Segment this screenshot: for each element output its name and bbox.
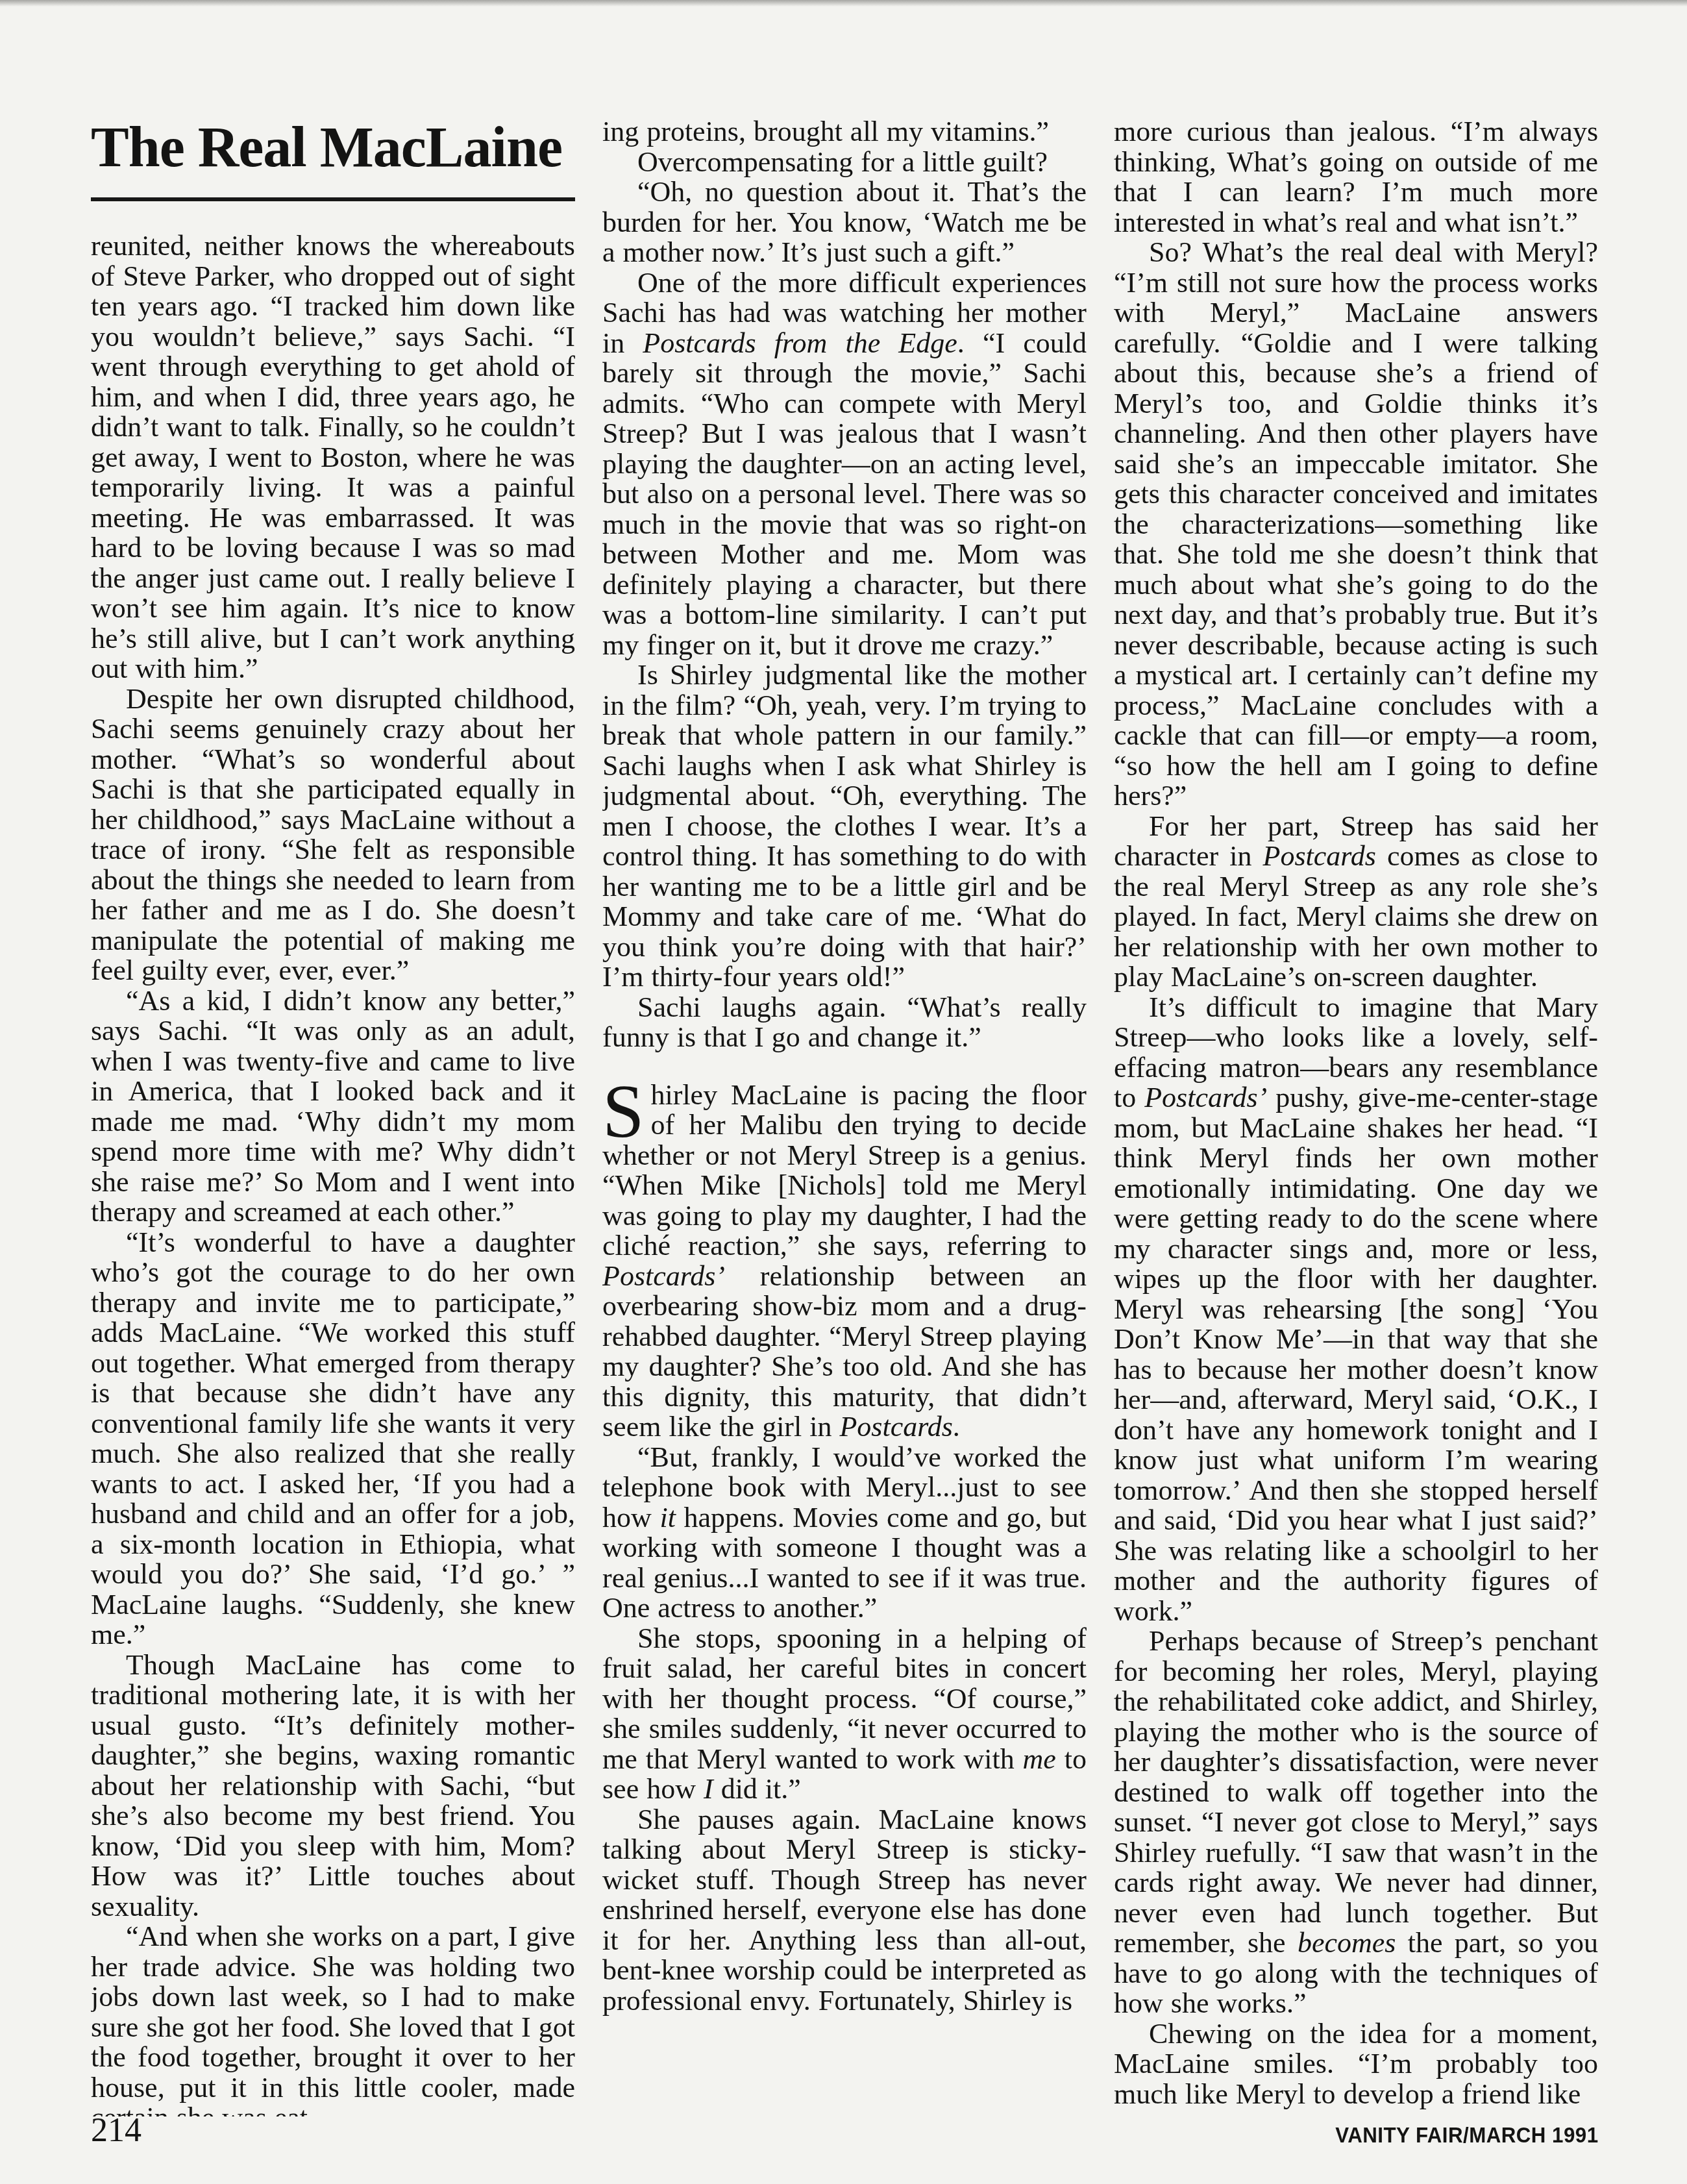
magazine-page: The Real MacLaine reunited, neither know… bbox=[0, 0, 1687, 2184]
article-paragraph: reunited, neither knows the whereabouts … bbox=[91, 231, 575, 684]
article-paragraph: “But, frankly, I would’ve worked the tel… bbox=[602, 1443, 1087, 1624]
article-paragraph: Perhaps because of Streep’s penchant for… bbox=[1114, 1626, 1598, 2019]
article-column-3: more curious than jealous. “I’m always t… bbox=[1114, 117, 1598, 2116]
article-paragraph: She stops, spooning in a helping of frui… bbox=[602, 1624, 1087, 1805]
article-paragraph: more curious than jealous. “I’m always t… bbox=[1114, 117, 1598, 238]
title-rule bbox=[91, 197, 575, 201]
article-paragraph: “Oh, no question about it. That’s the bu… bbox=[602, 177, 1087, 268]
article-paragraph: So? What’s the real deal with Meryl? “I’… bbox=[1114, 238, 1598, 812]
article-paragraph: Chewing on the idea for a moment, MacLai… bbox=[1114, 2019, 1598, 2110]
article-paragraph: Though MacLaine has come to traditional … bbox=[91, 1650, 575, 1922]
article-body: The Real MacLaine reunited, neither know… bbox=[91, 117, 1598, 2116]
article-column-1: The Real MacLaine reunited, neither know… bbox=[91, 117, 575, 2116]
article-paragraph: Sachi laughs again. “What’s really funny… bbox=[602, 993, 1087, 1053]
article-paragraph: She pauses again. MacLaine knows talking… bbox=[602, 1805, 1087, 2016]
article-paragraph: ing proteins, brought all my vitamins.” bbox=[602, 117, 1087, 147]
article-column-2: ing proteins, brought all my vitamins.”O… bbox=[602, 117, 1087, 2116]
magazine-footer: VANITY FAIR/MARCH 1991 bbox=[1335, 2124, 1598, 2146]
article-paragraph: Despite her own disrupted childhood, Sac… bbox=[91, 684, 575, 986]
article-paragraph: Shirley MacLaine is pacing the floor of … bbox=[602, 1080, 1087, 1443]
article-header: The Real MacLaine bbox=[91, 117, 575, 201]
article-paragraph: “It’s wonderful to have a daughter who’s… bbox=[91, 1228, 575, 1650]
page-title: The Real MacLaine bbox=[91, 117, 575, 179]
drop-cap: S bbox=[602, 1080, 651, 1140]
article-paragraph: Overcompensating for a little guilt? bbox=[602, 147, 1087, 178]
article-paragraph: It’s difficult to imagine that Mary Stre… bbox=[1114, 993, 1598, 1627]
article-paragraph: “As a kid, I didn’t know any better,” sa… bbox=[91, 986, 575, 1228]
article-paragraph: One of the more difficult experiences Sa… bbox=[602, 268, 1087, 661]
article-paragraph: For her part, Streep has said her charac… bbox=[1114, 812, 1598, 993]
article-paragraph: Is Shirley judgmental like the mother in… bbox=[602, 660, 1087, 993]
scan-edge-artifact bbox=[0, 0, 1687, 6]
article-paragraph: “And when she works on a part, I give he… bbox=[91, 1922, 575, 2116]
page-number: 214 bbox=[91, 2114, 142, 2148]
